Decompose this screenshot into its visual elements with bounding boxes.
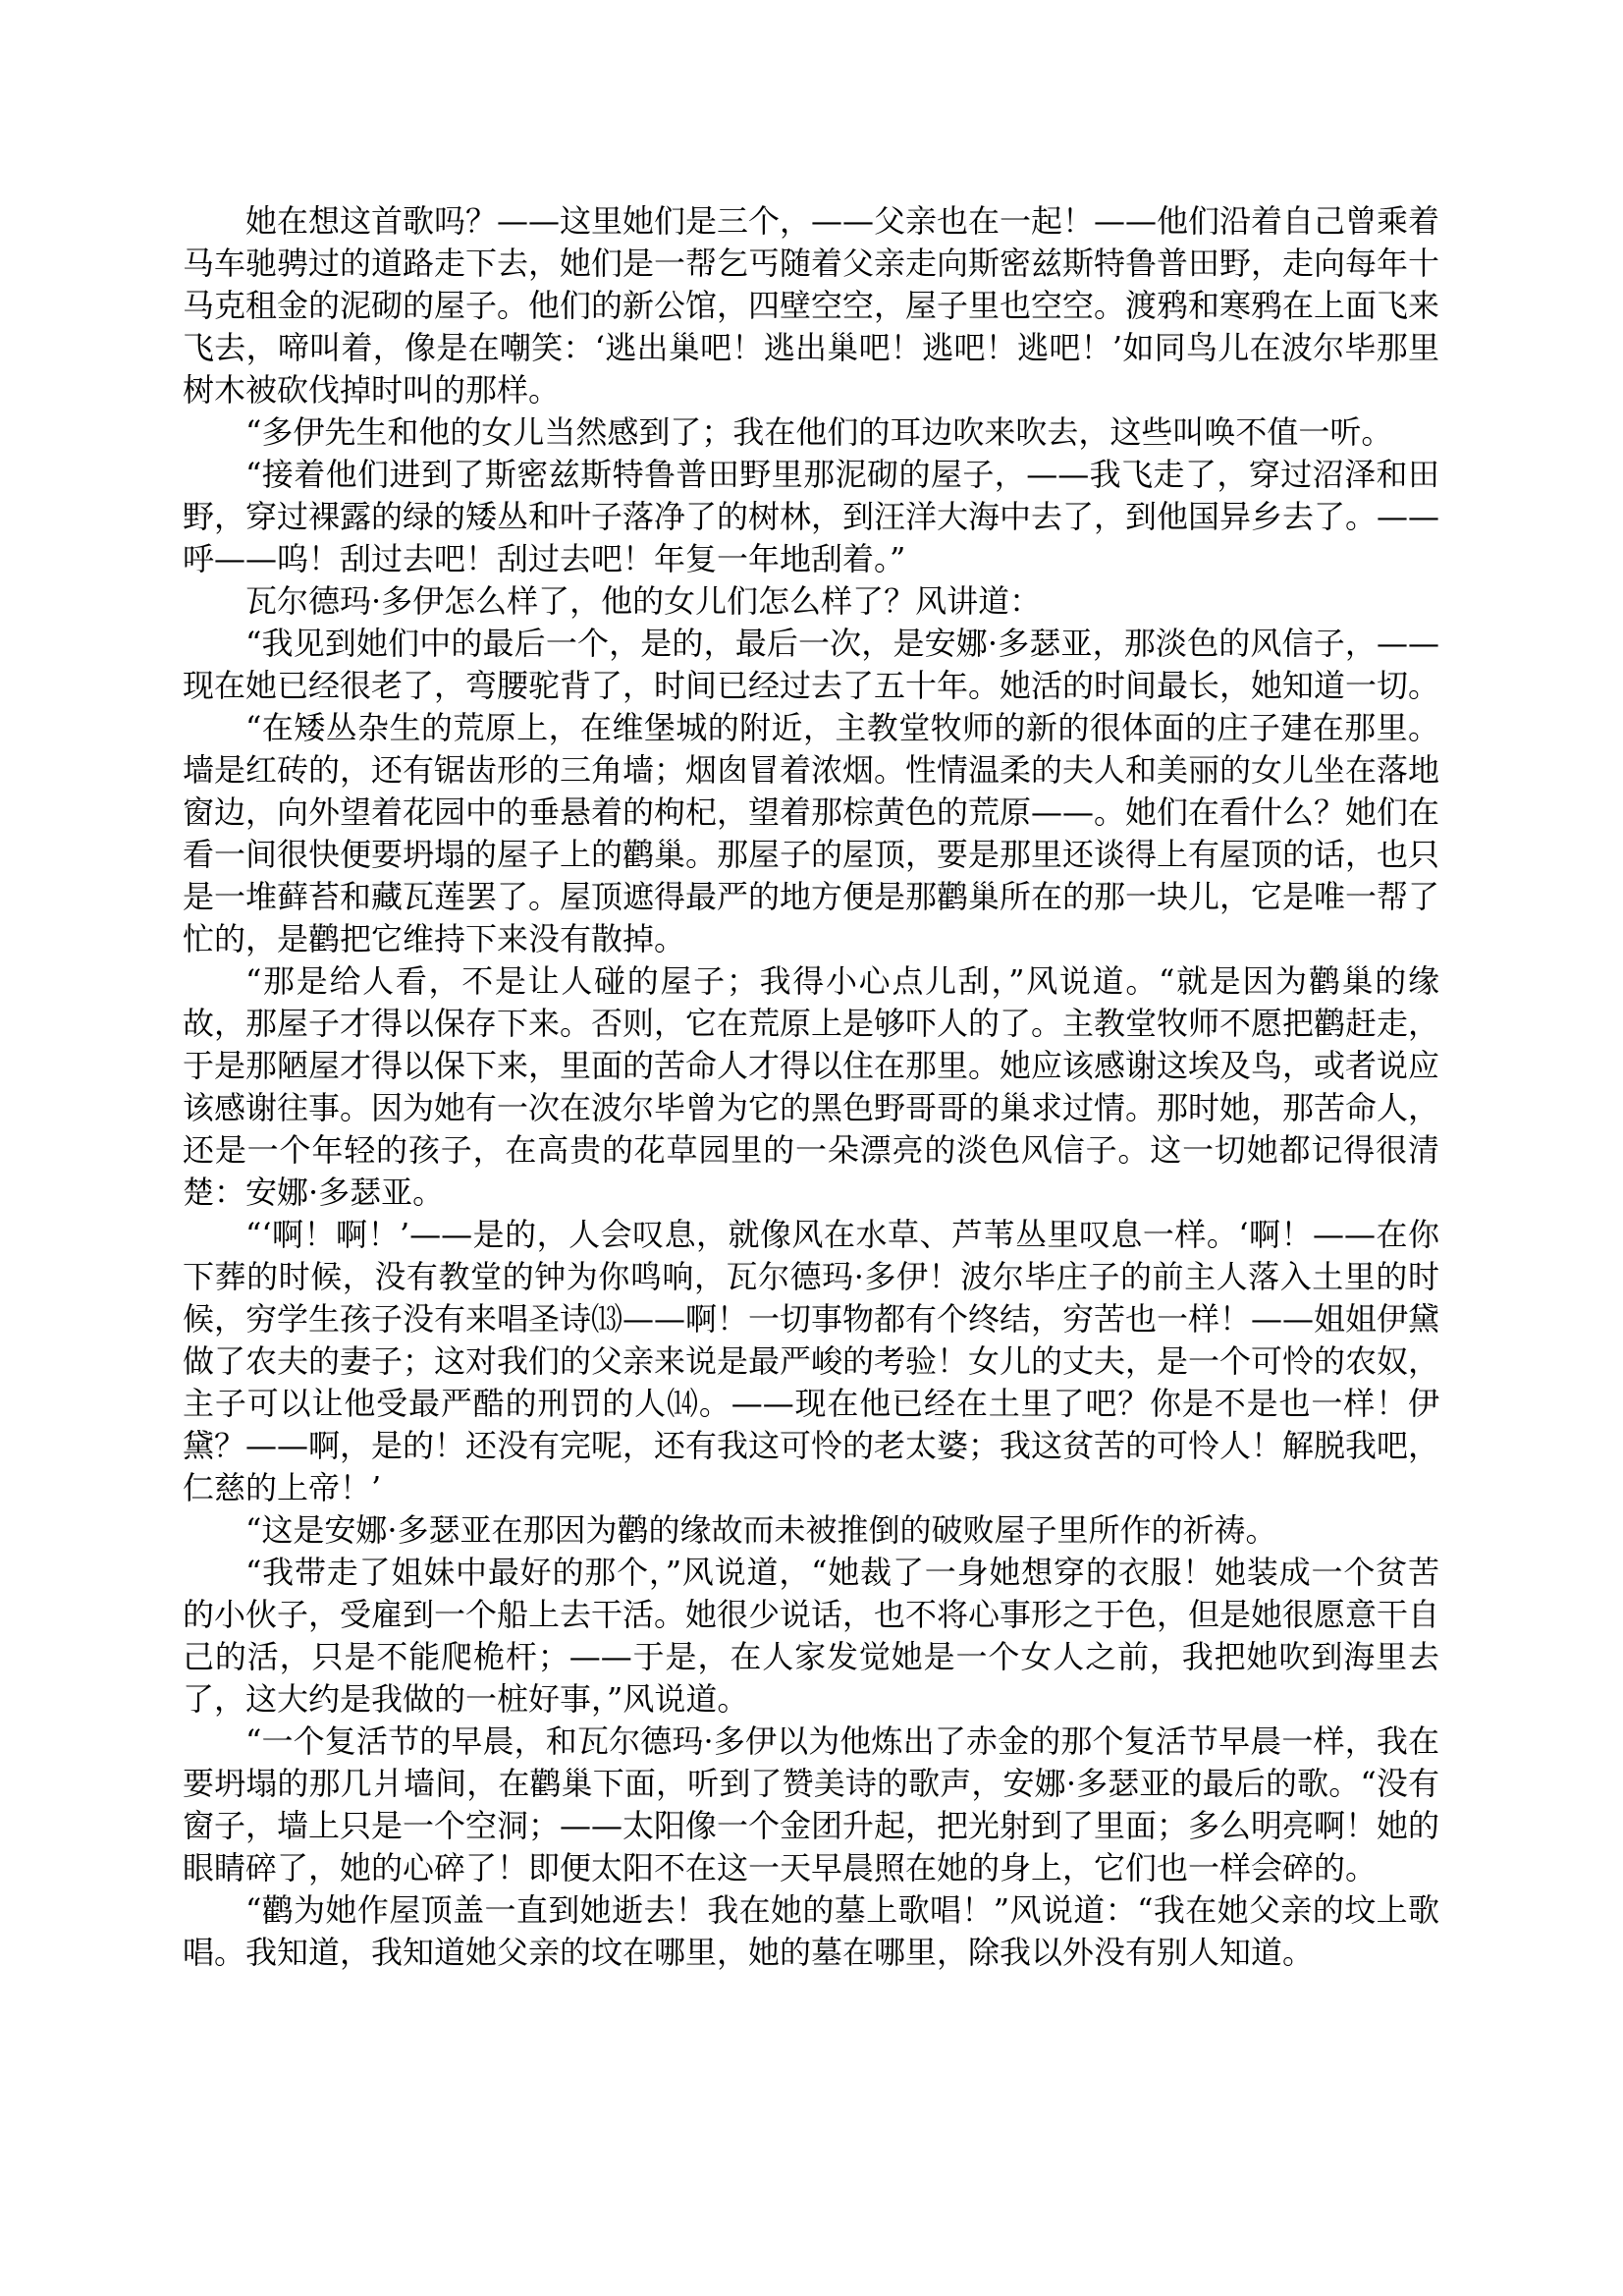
- document-page: 她在想这首歌吗？——这里她们是三个，——父亲也在一起！——他们沿着自己曾乘着马车…: [0, 0, 1623, 2296]
- paragraph: 她在想这首歌吗？——这里她们是三个，——父亲也在一起！——他们沿着自己曾乘着马车…: [183, 200, 1439, 411]
- paragraph: 瓦尔德玛·多伊怎么样了，他的女儿们怎么样了？风讲道：: [183, 580, 1439, 623]
- paragraph: “接着他们进到了斯密兹斯特鲁普田野里那泥砌的屋子，——我飞走了，穿过沼泽和田野，…: [183, 454, 1439, 580]
- paragraph: “我见到她们中的最后一个，是的，最后一次，是安娜·多瑟亚，那淡色的风信子，——现…: [183, 623, 1439, 707]
- paragraph: “鹳为她作屋顶盖一直到她逝去！我在她的墓上歌唱！”风说道：“我在她父亲的坟上歌唱…: [183, 1889, 1439, 1974]
- paragraph: “在矮丛杂生的荒原上，在维堡城的附近，主教堂牧师的新的很体面的庄子建在那里。墙是…: [183, 707, 1439, 960]
- paragraph: “那是给人看，不是让人碰的屋子；我得小心点儿刮，”风说道。“就是因为鹳巢的缘故，…: [183, 960, 1439, 1214]
- paragraph: “‘啊！啊！’——是的，人会叹息，就像风在水草、芦苇丛里叹息一样。‘啊！——在你…: [183, 1214, 1439, 1509]
- paragraph: “一个复活节的早晨，和瓦尔德玛·多伊以为他炼出了赤金的那个复活节早晨一样，我在要…: [183, 1721, 1439, 1889]
- paragraph: “多伊先生和他的女儿当然感到了；我在他们的耳边吹来吹去，这些叫唤不值一听。: [183, 411, 1439, 454]
- paragraph: “这是安娜·多瑟亚在那因为鹳的缘故而未被推倒的破败屋子里所作的祈祷。: [183, 1509, 1439, 1552]
- paragraph: “我带走了姐妹中最好的那个，”风说道，“她裁了一身她想穿的衣服！她装成一个贫苦的…: [183, 1552, 1439, 1721]
- page-text: 她在想这首歌吗？——这里她们是三个，——父亲也在一起！——他们沿着自己曾乘着马车…: [183, 200, 1439, 1974]
